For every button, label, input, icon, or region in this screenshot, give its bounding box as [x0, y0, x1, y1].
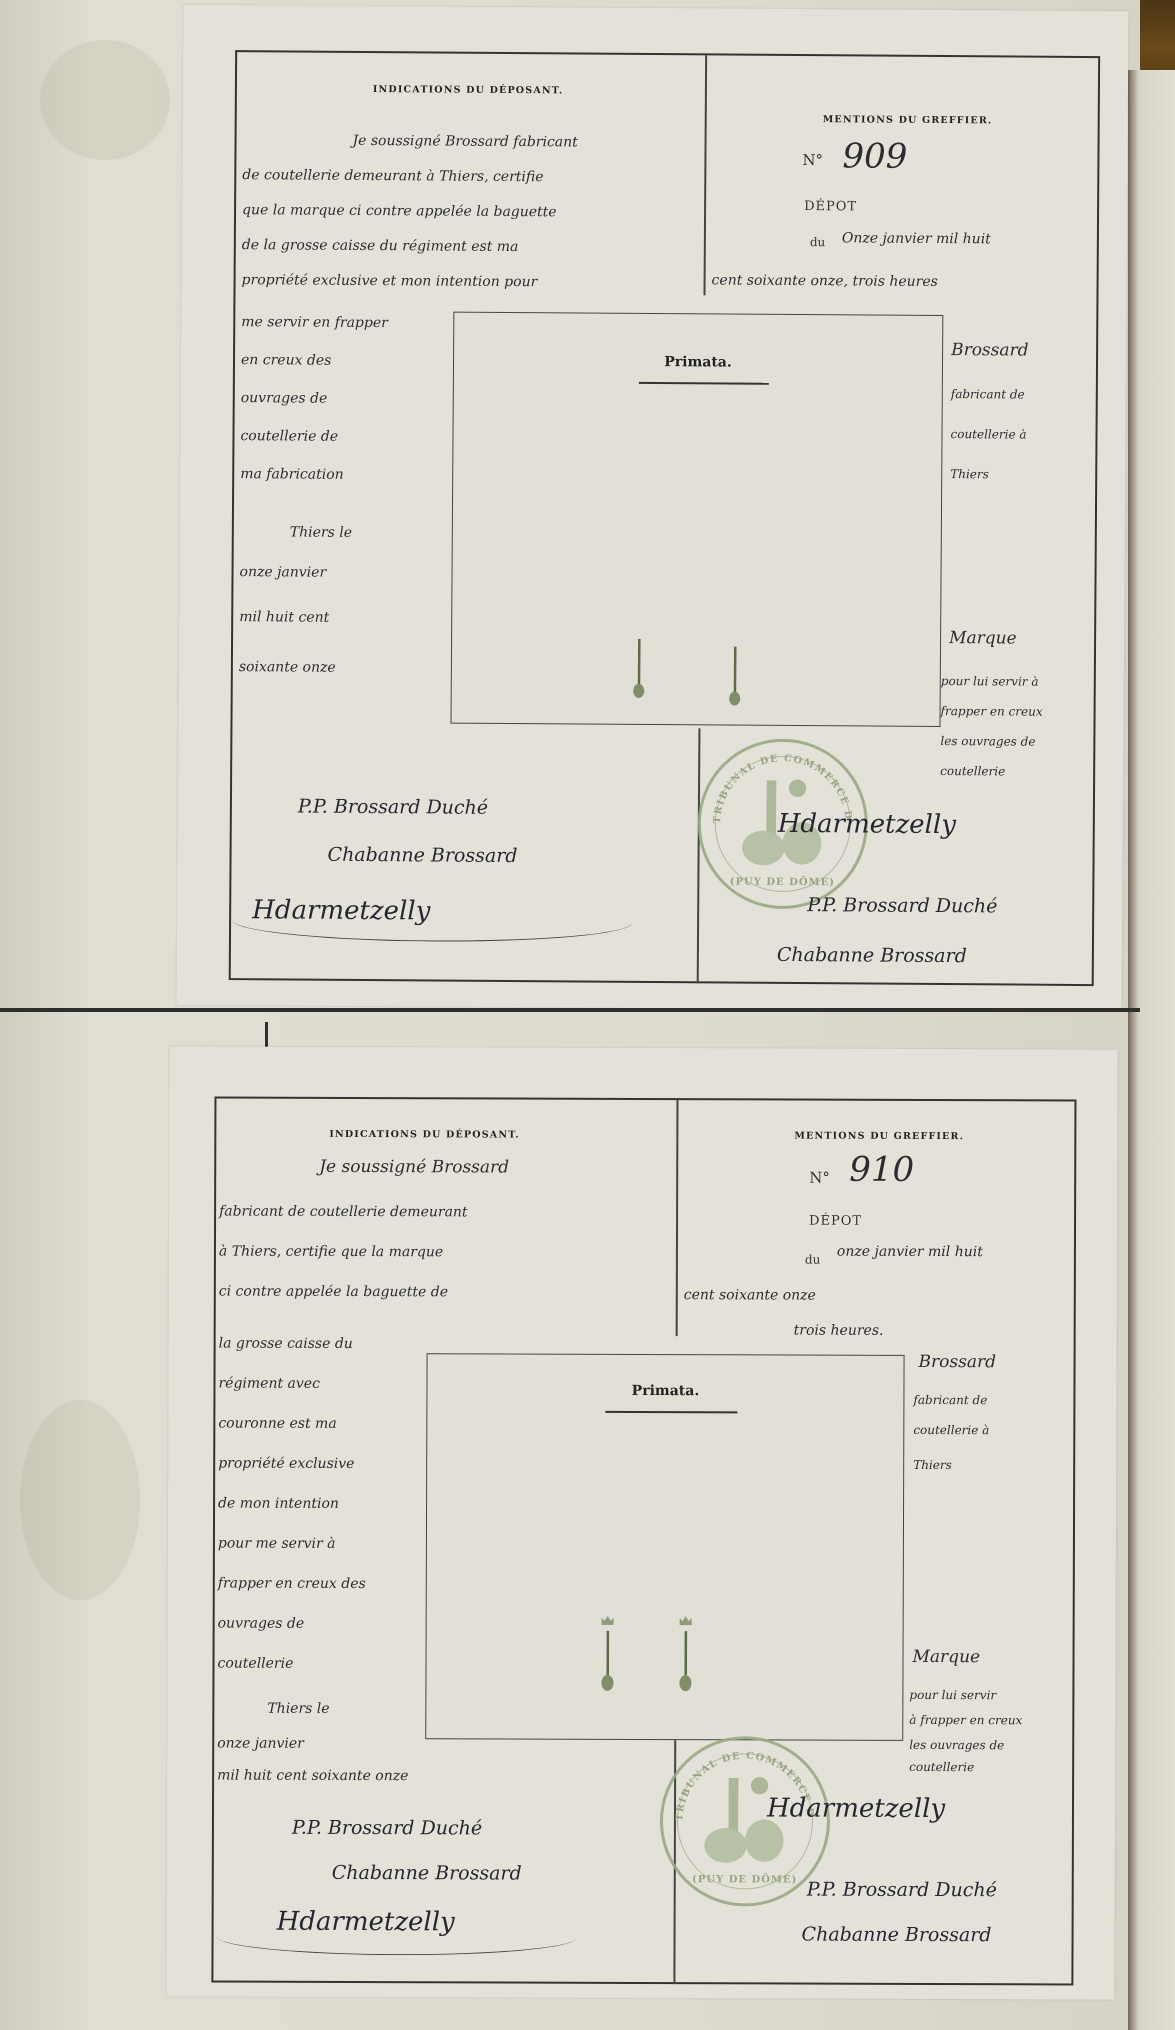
depositor-header: INDICATIONS DU DÉPOSANT.	[329, 1129, 520, 1141]
declaration-line: pour me servir à	[218, 1537, 336, 1551]
declaration-line: de coutellerie demeurant à Thiers, certi…	[242, 168, 543, 184]
du-label: du	[810, 235, 826, 249]
clerk-note-line: Thiers	[913, 1459, 952, 1471]
declaration-line: couronne est ma	[218, 1417, 336, 1431]
declaration-line: de la grosse caisse du régiment est ma	[242, 238, 519, 254]
clerk-note-line: coutellerie à	[950, 428, 1026, 441]
declaration-line: Je soussigné Brossard fabricant	[353, 134, 578, 150]
clerk-signature: Hdarmetzelly	[767, 1793, 945, 1824]
depot-date-line: Onze janvier mil huit	[842, 231, 991, 246]
declaration-line: ouvrages de	[218, 1617, 305, 1631]
crowned-drumstick-mark-icon	[598, 1613, 616, 1693]
signature: P.P. Brossard Duché	[298, 796, 488, 819]
clerk-note-line: les ouvrages de	[940, 735, 1035, 748]
signature: P.P. Brossard Duché	[807, 1879, 997, 1902]
depot-label: DÉPOT	[804, 199, 857, 214]
declaration-line: fabricant de coutellerie demeurant	[219, 1205, 468, 1220]
paper-stain	[20, 1400, 140, 1600]
declaration-line: régiment avec	[218, 1377, 320, 1391]
signature: Chabanne Brossard	[327, 844, 517, 867]
clerk-note-line: Thiers	[950, 468, 989, 480]
page-fold-line	[0, 1008, 1140, 1012]
drumstick-mark-icon	[632, 639, 646, 701]
deposit-number: 910	[849, 1153, 914, 1187]
declaration-line: frapper en creux des	[218, 1577, 366, 1592]
clerk-signature: Hdarmetzelly	[778, 809, 956, 840]
stamp-bottom-text: (PUY DE DÔME)	[700, 876, 864, 888]
declaration-line: la grosse caisse du	[219, 1337, 353, 1351]
signature: Chabanne Brossard	[332, 1862, 522, 1885]
clerk-note-line: coutellerie	[940, 765, 1005, 777]
place-date-line: onze janvier	[239, 565, 326, 580]
clerk-note-line: pour lui servir	[909, 1689, 996, 1701]
declaration-line: en creux des	[241, 353, 331, 368]
place-date-line: mil huit cent	[239, 610, 329, 625]
place-date-line: Thiers le	[267, 1702, 329, 1716]
signature: P.P. Brossard Duché	[292, 1817, 482, 1840]
declaration-line: propriété exclusive	[218, 1457, 354, 1471]
paper-stain	[40, 40, 170, 160]
depot-label: DÉPOT	[809, 1214, 862, 1229]
number-label: N°	[802, 151, 823, 169]
trademark-box-title: Primata.	[454, 353, 942, 372]
depositor-header: INDICATIONS DU DÉPOSANT.	[373, 84, 564, 96]
trademark-box-title: Primata.	[427, 1382, 903, 1400]
clerk-note-line: Marque	[949, 630, 1017, 647]
clerk-note-line: les ouvrages de	[909, 1739, 1004, 1751]
declaration-line: de mon intention	[218, 1497, 339, 1511]
declaration-line: propriété exclusive et mon intention pou…	[242, 273, 538, 289]
number-label: N°	[809, 1169, 830, 1187]
clerk-note-line: fabricant de	[913, 1394, 987, 1406]
crowned-drumstick-mark-icon	[676, 1613, 694, 1693]
clerk-note-line: coutellerie à	[913, 1424, 989, 1436]
depot-date-line: onze janvier mil huit	[837, 1245, 983, 1260]
clerk-note-line: Brossard	[951, 342, 1029, 360]
stamp-bottom-text: (PUY DE DÔME)	[663, 1874, 827, 1886]
declaration-line: ouvrages de	[241, 391, 328, 406]
place-date-line: Thiers le	[290, 525, 352, 539]
place-date-line: soixante onze	[239, 660, 336, 675]
place-date-line: onze janvier	[217, 1737, 304, 1751]
drumstick-mark-icon	[728, 647, 742, 709]
facing-page-edge	[1128, 70, 1175, 2030]
declaration-line: ci contre appelée la baguette de	[219, 1285, 448, 1300]
signature: Chabanne Brossard	[777, 944, 967, 967]
trademark-box: Primata.	[425, 1353, 904, 1741]
clerk-note-line: Marque	[913, 1649, 981, 1666]
clerk-note-line: frapper en creux	[941, 705, 1043, 718]
clerk-note-line: coutellerie	[909, 1761, 974, 1773]
declaration-line: que la marque ci contre appelée la bague…	[242, 203, 557, 219]
depot-date-line: cent soixante onze	[684, 1288, 816, 1302]
registration-form-910: INDICATIONS DU DÉPOSANT. MENTIONS DU GRE…	[166, 1046, 1117, 1999]
du-label: du	[805, 1253, 820, 1267]
declaration-line: coutellerie de	[240, 429, 338, 444]
page-fold-tick	[265, 1022, 268, 1048]
signature: Chabanne Brossard	[802, 1924, 992, 1947]
depot-date-line: trois heures.	[794, 1324, 884, 1338]
deposit-number: 909	[842, 139, 907, 173]
clerk-note-line: Brossard	[919, 1354, 997, 1371]
declaration-line: ma fabrication	[240, 467, 344, 482]
declaration-line: me servir en frapper	[241, 315, 388, 330]
place-date-line: mil huit cent soixante onze	[217, 1769, 408, 1784]
title-underline	[639, 382, 769, 384]
depot-date-line: cent soixante onze, trois heures	[712, 273, 938, 289]
declaration-line: à Thiers, certifie que la marque	[219, 1245, 443, 1260]
trademark-box: Primata.	[450, 312, 943, 727]
registration-form-909: INDICATIONS DU DÉPOSANT. MENTIONS DU GRE…	[177, 5, 1129, 1012]
title-underline	[605, 1411, 737, 1413]
clerk-note-line: à frapper en creux	[909, 1714, 1022, 1726]
declaration-line: coutellerie	[217, 1657, 293, 1671]
clerk-header: MENTIONS DU GREFFIER.	[794, 1131, 964, 1143]
clerk-header: MENTIONS DU GREFFIER.	[823, 114, 993, 126]
clerk-note-line: fabricant de	[951, 388, 1025, 401]
declaration-line: Je soussigné Brossard	[319, 1159, 509, 1177]
clerk-note-line: pour lui servir à	[941, 675, 1039, 688]
signature: P.P. Brossard Duché	[807, 894, 997, 917]
